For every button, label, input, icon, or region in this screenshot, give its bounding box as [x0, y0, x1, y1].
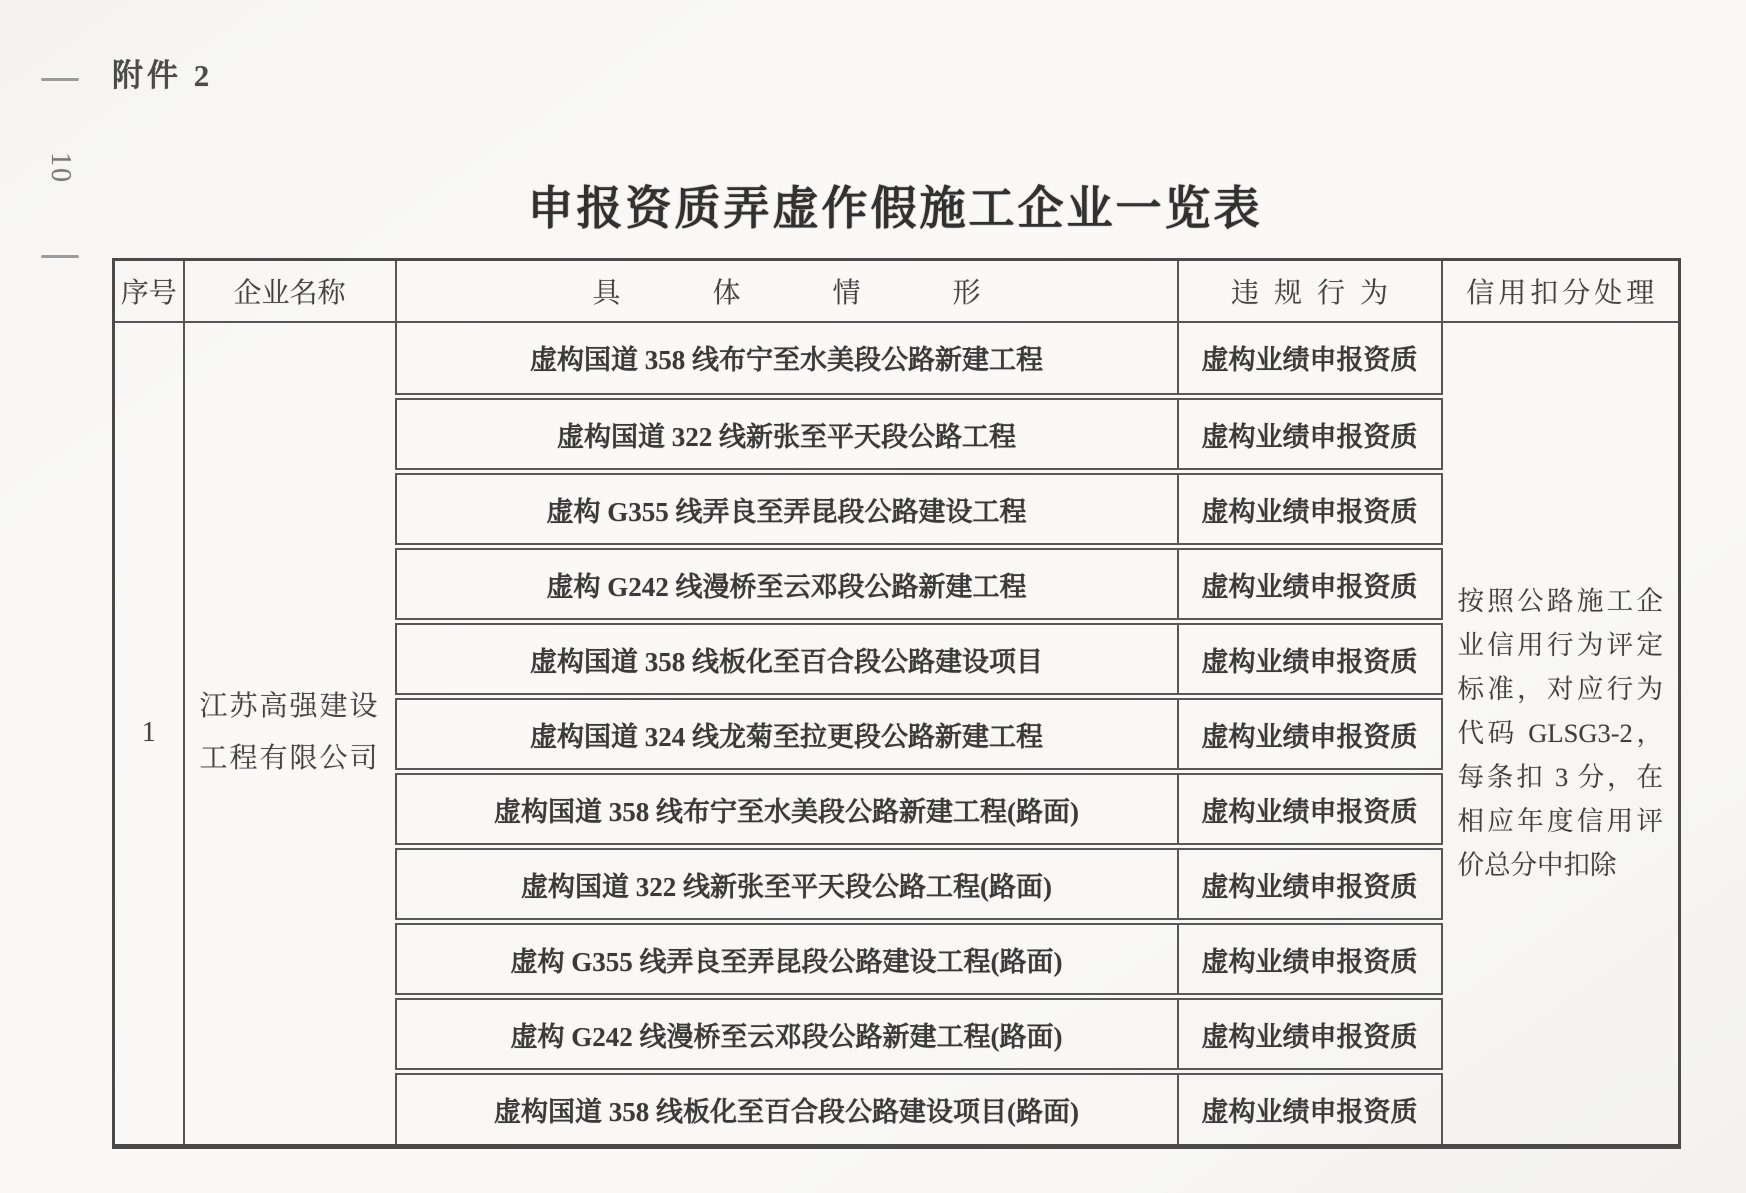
violation-cell: 虚构业绩申报资质: [1178, 997, 1442, 1072]
violation-cell: 虚构业绩申报资质: [1178, 847, 1442, 922]
header-violation: 违规行为: [1178, 260, 1442, 322]
header-detail: 具体情形: [396, 260, 1178, 322]
situation-cell: 虚构国道 324 线龙菊至拉更段公路新建工程: [396, 697, 1178, 772]
violation-cell: 虚构业绩申报资质: [1178, 622, 1442, 697]
penalty-cell: 按照公路施工企业信用行为评定标准，对应行为代码 GLSG3-2，每条扣 3 分，…: [1442, 322, 1680, 1147]
violation-cell: 虚构业绩申报资质: [1178, 322, 1442, 397]
violation-cell: 虚构业绩申报资质: [1178, 397, 1442, 472]
page-number-dash-top: [41, 78, 79, 81]
page-title: 申报资质弄虚作假施工企业一览表: [112, 172, 1678, 238]
situation-cell: 虚构国道 358 线布宁至水美段公路新建工程: [396, 322, 1178, 397]
situation-cell: 虚构国道 358 线布宁至水美段公路新建工程(路面): [396, 772, 1178, 847]
page-number-marker: 10: [36, 78, 84, 258]
enterprises-table-wrap: 序号 企业名称 具体情形 违规行为 信用扣分处理 1 江苏高强建设工程有限公司 …: [112, 258, 1681, 1149]
situation-cell: 虚构 G242 线漫桥至云邓段公路新建工程(路面): [396, 997, 1178, 1072]
table-header-row: 序号 企业名称 具体情形 违规行为 信用扣分处理: [114, 260, 1680, 322]
situation-cell: 虚构国道 322 线新张至平天段公路工程(路面): [396, 847, 1178, 922]
violation-cell: 虚构业绩申报资质: [1178, 472, 1442, 547]
enterprises-table: 序号 企业名称 具体情形 违规行为 信用扣分处理 1 江苏高强建设工程有限公司 …: [112, 258, 1681, 1149]
header-company: 企业名称: [184, 260, 396, 322]
situation-cell: 虚构国道 322 线新张至平天段公路工程: [396, 397, 1178, 472]
document-page: 附件 2 10 申报资质弄虚作假施工企业一览表 序号 企业名称 具体情形 违规行…: [0, 0, 1746, 1193]
table-row: 1 江苏高强建设工程有限公司 虚构国道 358 线布宁至水美段公路新建工程 虚构…: [114, 322, 1680, 397]
situation-cell: 虚构 G355 线弄良至弄昆段公路建设工程(路面): [396, 922, 1178, 997]
situation-cell: 虚构 G242 线漫桥至云邓段公路新建工程: [396, 547, 1178, 622]
page-number: 10: [44, 152, 76, 184]
violation-cell: 虚构业绩申报资质: [1178, 922, 1442, 997]
violation-cell: 虚构业绩申报资质: [1178, 772, 1442, 847]
row-index-cell: 1: [114, 322, 184, 1147]
violation-cell: 虚构业绩申报资质: [1178, 697, 1442, 772]
violation-cell: 虚构业绩申报资质: [1178, 547, 1442, 622]
page-number-dash-bottom: [41, 255, 79, 258]
situation-cell: 虚构国道 358 线板化至百合段公路建设项目: [396, 622, 1178, 697]
company-name-cell: 江苏高强建设工程有限公司: [184, 322, 396, 1147]
violation-cell: 虚构业绩申报资质: [1178, 1072, 1442, 1147]
situation-cell: 虚构 G355 线弄良至弄昆段公路建设工程: [396, 472, 1178, 547]
attachment-label: 附件 2: [112, 50, 213, 95]
header-penalty: 信用扣分处理: [1442, 260, 1680, 322]
situation-cell: 虚构国道 358 线板化至百合段公路建设项目(路面): [396, 1072, 1178, 1147]
header-index: 序号: [114, 260, 184, 322]
